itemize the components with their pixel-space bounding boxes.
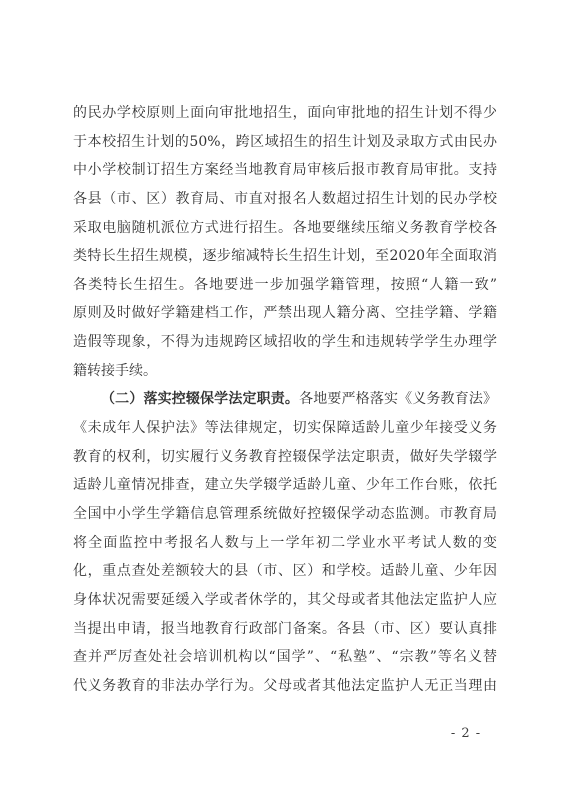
text-line: 造假等现象，不得为违规跨区域招收的学生和违规转学学生办理学 xyxy=(73,328,497,357)
text-line: 中小学校制订招生方案经当地教育局审核后报市教育局审批。支持 xyxy=(73,156,497,185)
text-line: 化，重点查处差额较大的县（市、区）和学校。适龄儿童、少年因 xyxy=(73,557,497,586)
text-line-content: 教育的权利，切实履行义务教育控辍保学法定职责，做好失学辍学 xyxy=(73,449,497,465)
text-line-content: 当提出申请，报当地教育行政部门备案。各县（市、区）要认真排 xyxy=(73,621,497,637)
text-line-content: 的民办学校原则上面向审批地招生，面向审批地的招生计划不得少 xyxy=(73,105,497,121)
text-line: 各县（市、区）教育局、市直对报名人数超过招生计划的民办学校 xyxy=(73,185,497,214)
document-page: 的民办学校原则上面向审批地招生，面向审批地的招生计划不得少于本校招生计划的50%… xyxy=(0,0,565,800)
section-heading-bold: （二）落实控辍保学法定职责。 xyxy=(101,391,299,407)
text-line: 全国中小学生学籍信息管理系统做好控辍保学动态监测。市教育局 xyxy=(73,500,497,529)
text-line-content: 全国中小学生学籍信息管理系统做好控辍保学动态监测。市教育局 xyxy=(73,506,497,522)
text-line-content: 中小学校制订招生方案经当地教育局审核后报市教育局审批。支持 xyxy=(73,162,497,178)
text-line: 当提出申请，报当地教育行政部门备案。各县（市、区）要认真排 xyxy=(73,615,497,644)
text-line-content: 查并严厉查处社会培训机构以“国学”、“私塾”、“宗教”等名义替 xyxy=(73,649,497,665)
text-line-content: 原则及时做好学籍建档工作，严禁出现人籍分离、空挂学籍、学籍 xyxy=(73,305,497,321)
text-line: 原则及时做好学籍建档工作，严禁出现人籍分离、空挂学籍、学籍 xyxy=(73,299,497,328)
page-number: - 2 - xyxy=(444,726,488,742)
text-line-content: 造假等现象，不得为违规跨区域招收的学生和违规转学学生办理学 xyxy=(73,334,497,350)
text-line: 适龄儿童情况排查，建立失学辍学适龄儿童、少年工作台账，依托 xyxy=(73,471,497,500)
text-line: 代义务教育的非法办学行为。父母或者其他法定监护人无正当理由 xyxy=(73,672,497,701)
text-line-content: 将全面监控中考报名人数与上一学年初二学业水平考试人数的变 xyxy=(73,535,497,551)
text-line: 采取电脑随机派位方式进行招生。各地要继续压缩义务教育学校各 xyxy=(73,214,497,243)
text-line-content: 于本校招生计划的50%，跨区域招生的招生计划及录取方式由民办 xyxy=(73,134,497,150)
text-line: 身体状况需要延缓入学或者休学的，其父母或者其他法定监护人应 xyxy=(73,586,497,615)
text-line: （二）落实控辍保学法定职责。各地要严格落实《义务教育法》 xyxy=(73,385,497,414)
text-line: 教育的权利，切实履行义务教育控辍保学法定职责，做好失学辍学 xyxy=(73,443,497,472)
text-line-content: 采取电脑随机派位方式进行招生。各地要继续压缩义务教育学校各 xyxy=(73,220,497,236)
text-line: 的民办学校原则上面向审批地招生，面向审批地的招生计划不得少 xyxy=(73,99,497,128)
text-line-content: 代义务教育的非法办学行为。父母或者其他法定监护人无正当理由 xyxy=(73,678,497,694)
text-line: 《未成年人保护法》等法律规定，切实保障适龄儿童少年接受义务 xyxy=(73,414,497,443)
text-line-content: 各类特长生招生。各地要进一步加强学籍管理，按照“人籍一致” xyxy=(73,277,497,293)
text-line-content: 身体状况需要延缓入学或者休学的，其父母或者其他法定监护人应 xyxy=(73,592,497,608)
text-line: 将全面监控中考报名人数与上一学年初二学业水平考试人数的变 xyxy=(73,529,497,558)
text-line-content: 适龄儿童情况排查，建立失学辍学适龄儿童、少年工作台账，依托 xyxy=(73,477,497,493)
text-line-content: 类特长生招生规模，逐步缩减特长生招生计划，至2020年全面取消 xyxy=(73,248,497,264)
text-line: 类特长生招生规模，逐步缩减特长生招生计划，至2020年全面取消 xyxy=(73,242,497,271)
text-line-content: 《未成年人保护法》等法律规定，切实保障适龄儿童少年接受义务 xyxy=(73,420,497,436)
text-line: 各类特长生招生。各地要进一步加强学籍管理，按照“人籍一致” xyxy=(73,271,497,300)
text-line-content: 各地要严格落实《义务教育法》 xyxy=(299,391,497,407)
text-line-content: 化，重点查处差额较大的县（市、区）和学校。适龄儿童、少年因 xyxy=(73,563,497,579)
text-line-content: 各县（市、区）教育局、市直对报名人数超过招生计划的民办学校 xyxy=(73,191,497,207)
text-line-content: 籍转接手续。 xyxy=(73,363,157,379)
text-line: 籍转接手续。 xyxy=(73,357,497,386)
document-body: 的民办学校原则上面向审批地招生，面向审批地的招生计划不得少于本校招生计划的50%… xyxy=(73,99,497,700)
text-line: 于本校招生计划的50%，跨区域招生的招生计划及录取方式由民办 xyxy=(73,128,497,157)
text-line: 查并严厉查处社会培训机构以“国学”、“私塾”、“宗教”等名义替 xyxy=(73,643,497,672)
